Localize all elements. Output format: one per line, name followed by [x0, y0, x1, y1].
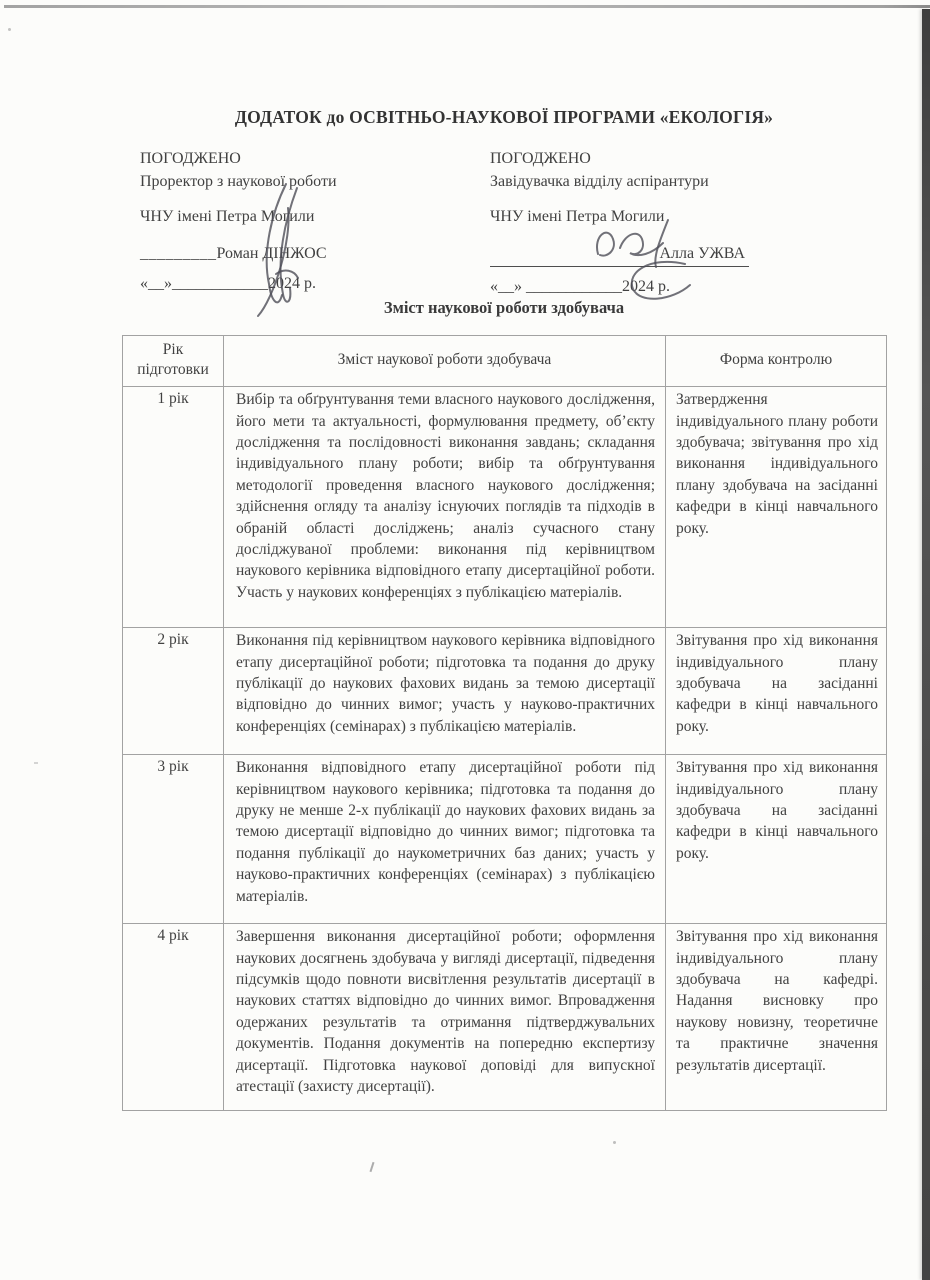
- header-control: Форма контролю: [666, 336, 887, 387]
- approval-block-right: ПОГОДЖЕНО Завідувачка відділу аспірантур…: [490, 149, 830, 297]
- approver-organization: ЧНУ імені Петра Могили: [490, 207, 830, 227]
- year-cell: 4 рік: [123, 924, 224, 1111]
- signature-line: _________Роман ДІНЖОС: [140, 244, 480, 264]
- content-cell: Вибір та обґрунтування теми власного нау…: [224, 387, 666, 628]
- scan-speck: [8, 28, 11, 31]
- content-cell: Виконання під керівництвом наукового кер…: [224, 628, 666, 755]
- control-cell: Звітування про хід виконання індивідуаль…: [666, 924, 887, 1111]
- year-cell: 1 рік: [123, 387, 224, 628]
- approver-name: Роман ДІНЖОС: [217, 245, 327, 262]
- scan-right-edge-band: [922, 9, 930, 1280]
- header-year: Рік підготовки: [123, 336, 224, 387]
- table-row: 2 рік Виконання під керівництвом науково…: [123, 628, 887, 755]
- signature-blank: _________: [140, 245, 217, 262]
- scan-top-edge-line: [4, 5, 930, 8]
- approver-role: Завідувачка відділу аспірантури: [490, 172, 830, 192]
- header-content: Зміст наукової роботи здобувача: [224, 336, 666, 387]
- content-cell: Завершення виконання дисертаційної робот…: [224, 924, 666, 1111]
- year-cell: 2 рік: [123, 628, 224, 755]
- signature-line: Алла УЖВА: [490, 244, 830, 267]
- control-cell: Звітування про хід виконання індивідуаль…: [666, 755, 887, 924]
- scan-speck: [613, 1141, 616, 1144]
- table-row: 3 рік Виконання відповідного етапу дисер…: [123, 755, 887, 924]
- scan-speck: [34, 762, 38, 764]
- scan-speck: [370, 1162, 375, 1172]
- approver-name: Алла УЖВА: [490, 244, 749, 267]
- date-line: «__»____________2024 р.: [140, 274, 480, 294]
- science-work-table: Рік підготовки Зміст наукової роботи здо…: [122, 335, 887, 1111]
- control-cell: Затвердження індивідуального плану робот…: [666, 387, 887, 628]
- content-cell: Виконання відповідного етапу дисертаційн…: [224, 755, 666, 924]
- table-header-row: Рік підготовки Зміст наукової роботи здо…: [123, 336, 887, 387]
- date-line: «__» ____________2024 р.: [490, 277, 830, 297]
- approver-organization: ЧНУ імені Петра Могили: [140, 207, 480, 227]
- section-heading: Зміст наукової роботи здобувача: [89, 298, 919, 318]
- control-cell: Звітування про хід виконання індивідуаль…: [666, 628, 887, 755]
- table-row: 1 рік Вибір та обґрунтування теми власно…: [123, 387, 887, 628]
- approval-block-left: ПОГОДЖЕНО Проректор з наукової роботи ЧН…: [140, 149, 480, 294]
- approver-role: Проректор з наукової роботи: [140, 172, 480, 192]
- approval-label: ПОГОДЖЕНО: [490, 149, 830, 169]
- approval-label: ПОГОДЖЕНО: [140, 149, 480, 169]
- document-page: ДОДАТОК до ОСВІТНЬО-НАУКОВОЇ ПРОГРАМИ «Е…: [0, 0, 930, 1280]
- table-row: 4 рік Завершення виконання дисертаційної…: [123, 924, 887, 1111]
- document-title: ДОДАТОК до ОСВІТНЬО-НАУКОВОЇ ПРОГРАМИ «Е…: [89, 107, 919, 128]
- year-cell: 3 рік: [123, 755, 224, 924]
